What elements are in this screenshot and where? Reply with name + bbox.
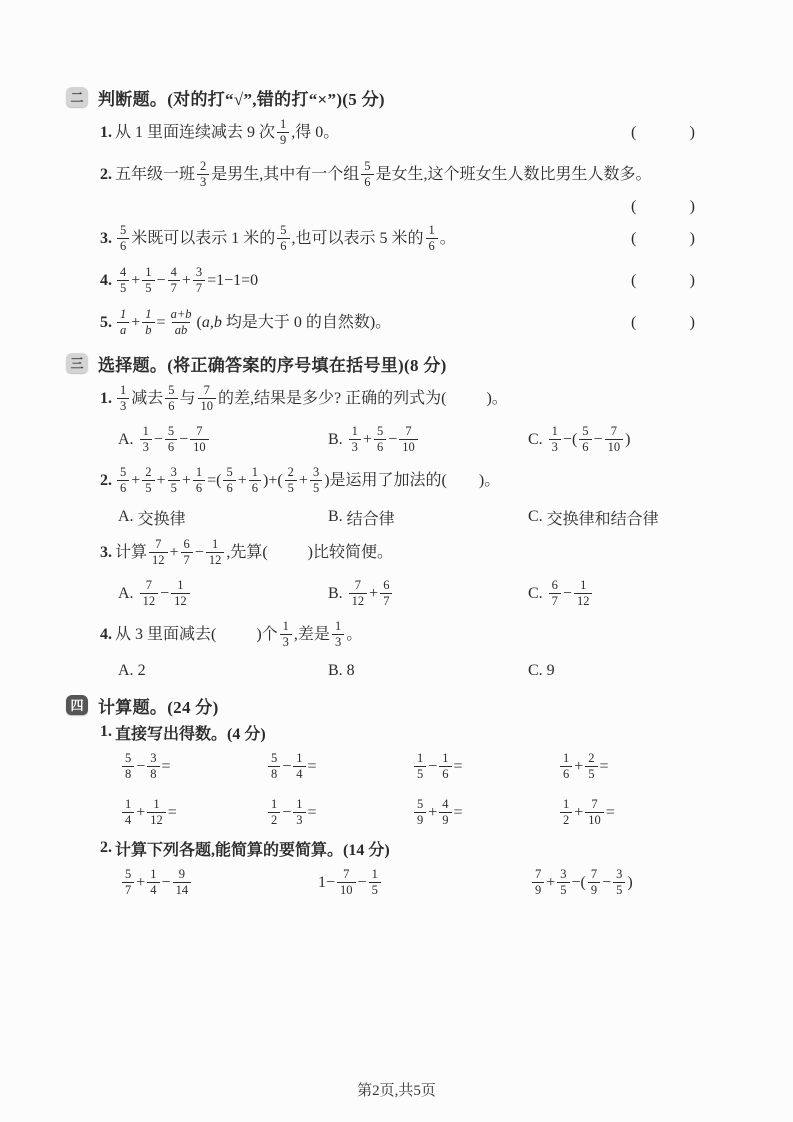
- option-label: A.: [118, 662, 134, 680]
- fraction: 712: [149, 537, 168, 568]
- answer-brackets[interactable]: (): [631, 198, 695, 216]
- fraction: 16: [560, 751, 572, 782]
- option-expression: 712+67: [347, 579, 395, 610]
- question-number: 3.: [100, 230, 112, 247]
- option-label: C.: [528, 662, 543, 680]
- fraction: 35: [613, 867, 625, 898]
- choice-question-4-options: A.2 B.8 C.9: [118, 656, 793, 686]
- subsection-title: 计算下列各题,能简算的要简算。(14 分): [115, 837, 390, 860]
- fraction: 13: [293, 797, 305, 828]
- option-text: 9: [547, 662, 555, 680]
- fraction: 712: [349, 578, 368, 609]
- section-two-badge-icon: 二: [66, 87, 88, 107]
- fraction: 15: [142, 265, 154, 296]
- section-three-badge-icon: 三: [66, 353, 88, 373]
- judge-item-2: 2.五年级一班23是男生,其中有一个组56是女生,这个班女生人数比男生人数多。: [100, 154, 695, 196]
- worksheet-page: 二 判断题。(对的打“√”,错的打“×”)(5 分) 1.从 1 里面连续减去 …: [0, 0, 793, 1122]
- fraction: 112: [147, 797, 166, 828]
- fraction: 13: [332, 619, 344, 650]
- fraction: 67: [181, 537, 193, 568]
- fraction: 79: [588, 867, 600, 898]
- fraction: 13: [349, 424, 361, 455]
- fraction: 67: [380, 578, 392, 609]
- option-b[interactable]: B.712+67: [328, 579, 528, 610]
- calc-expression: 79+35−(79−35): [530, 868, 633, 899]
- question-number: 5.: [100, 314, 112, 331]
- fraction: 19: [277, 117, 289, 148]
- section-four-badge-icon: 四: [66, 695, 88, 715]
- choice-question-1-stem: 1.13减去56与710的差,结果是多少? 正确的列式为( )。: [100, 378, 793, 420]
- fraction: 112: [206, 537, 225, 568]
- question-text: 从 1 里面连续减去 9 次19,得 0。: [115, 124, 339, 141]
- option-c[interactable]: C.13−(56−710): [528, 425, 793, 456]
- fraction: 13: [140, 424, 152, 455]
- option-b[interactable]: B.结合律: [328, 506, 528, 529]
- option-a[interactable]: A.交换律: [118, 506, 328, 529]
- question-number: 1.: [100, 390, 112, 408]
- question-number: 2.: [100, 166, 112, 183]
- fraction: 45: [117, 265, 129, 296]
- option-c[interactable]: C.9: [528, 662, 793, 680]
- section-choice: 三 选择题。(将正确答案的序号填在括号里)(8 分) 1.13减去56与710的…: [0, 350, 793, 686]
- calc-expression: 14+112=: [120, 798, 266, 829]
- paren-close: ): [690, 230, 695, 248]
- fraction: 56: [361, 159, 373, 190]
- question-text: 56+25+35+16=(56+16)+(25+35)是运用了加法的( )。: [115, 466, 500, 497]
- fraction: 1b: [142, 307, 154, 338]
- judge-item-3: 3.56米既可以表示 1 米的56,也可以表示 5 米的16。 (): [100, 218, 695, 260]
- fraction: 25: [585, 751, 597, 782]
- paren-close: ): [690, 124, 695, 142]
- question-text: 五年级一班23是男生,其中有一个组56是女生,这个班女生人数比男生人数多。: [115, 166, 652, 183]
- option-label: B.: [328, 585, 343, 603]
- option-text: 2: [138, 662, 146, 680]
- option-a[interactable]: A.712−112: [118, 579, 328, 610]
- fraction: 59: [414, 797, 426, 828]
- fraction: 712: [140, 578, 159, 609]
- fraction: 13: [117, 383, 129, 414]
- paren-open: (: [631, 230, 636, 248]
- fraction: 14: [293, 751, 305, 782]
- option-label: A.: [118, 431, 134, 449]
- fraction: 56: [117, 223, 129, 254]
- option-c[interactable]: C.交换律和结合律: [528, 506, 793, 529]
- paren-close: ): [690, 272, 695, 290]
- fraction: 16: [439, 751, 451, 782]
- question-number: 4.: [100, 272, 112, 289]
- calc-expression: 16+25=: [558, 752, 704, 783]
- paren-open: (: [631, 314, 636, 332]
- option-expression: 67−112: [547, 579, 595, 610]
- section-judge: 二 判断题。(对的打“√”,错的打“×”)(5 分) 1.从 1 里面连续减去 …: [0, 84, 793, 344]
- calc-expression: 12−13=: [266, 798, 412, 829]
- calc-expression: 1−710−15: [318, 868, 530, 899]
- fraction: 56: [223, 465, 235, 496]
- judge-item-1: 1.从 1 里面连续减去 9 次19,得 0。 (): [100, 112, 695, 154]
- page-number: 第2页,共5页: [357, 1083, 436, 1099]
- calc-expression: 58−38=: [120, 752, 266, 783]
- choice-question-4-stem: 4.从 3 里面减去( )个13,差是13。: [100, 614, 793, 656]
- question-text: 45+15−47+37=1−1=0: [115, 272, 258, 289]
- fraction: 13: [280, 619, 292, 650]
- question-number: 3.: [100, 544, 112, 562]
- fraction: 1a: [117, 307, 129, 338]
- option-expression: 13−(56−710): [547, 425, 631, 456]
- calc-sub1-label: 1.直接写出得数。(4 分): [100, 720, 793, 744]
- fraction: 57: [122, 867, 134, 898]
- option-label: B.: [328, 431, 343, 449]
- question-text: 13减去56与710的差,结果是多少? 正确的列式为( )。: [115, 384, 508, 415]
- fraction: 16: [426, 223, 438, 254]
- simplify-expressions-row: 57+14−914 1−710−15 79+35−(79−35): [120, 860, 793, 906]
- fraction: 710: [585, 797, 604, 828]
- paren-open: (: [631, 272, 636, 290]
- fraction: 49: [439, 797, 451, 828]
- judge-item-4: 4.45+15−47+37=1−1=0 (): [100, 260, 695, 302]
- calc-sub2-label: 2.计算下列各题,能简算的要简算。(14 分): [100, 836, 793, 860]
- choice-question-2-stem: 2.56+25+35+16=(56+16)+(25+35)是运用了加法的( )。: [100, 460, 793, 502]
- calc-section-title: 计算题。(24 分): [98, 693, 219, 718]
- option-expression: 712−112: [138, 579, 192, 610]
- option-label: A.: [118, 585, 134, 603]
- option-label: C.: [528, 585, 543, 603]
- fraction: 13: [549, 424, 561, 455]
- answer-brackets[interactable]: (): [631, 272, 695, 290]
- section-calc: 四 计算题。(24 分) 1.直接写出得数。(4 分) 58−38= 58−14…: [0, 692, 793, 906]
- question-number: 2.: [100, 472, 112, 490]
- subsection-number: 1.: [100, 723, 112, 741]
- fraction: 14: [147, 867, 159, 898]
- question-number: 1.: [100, 124, 112, 141]
- fraction: a+bab: [168, 307, 195, 338]
- fraction: 16: [249, 465, 261, 496]
- fraction: 112: [574, 578, 593, 609]
- option-c[interactable]: C.67−112: [528, 579, 793, 610]
- fraction: 56: [117, 465, 129, 496]
- fraction: 710: [337, 867, 356, 898]
- fraction: 56: [579, 424, 591, 455]
- option-b[interactable]: B.8: [328, 662, 528, 680]
- fraction: 12: [560, 797, 572, 828]
- fraction: 23: [197, 159, 209, 190]
- choice-question-3-stem: 3.计算712+67−112,先算( )比较简便。: [100, 532, 793, 574]
- option-label: C.: [528, 431, 543, 449]
- question-text: 计算712+67−112,先算( )比较简便。: [115, 538, 393, 569]
- option-text: 交换律: [138, 506, 186, 529]
- calc-expression: 15−16=: [412, 752, 558, 783]
- fraction: 35: [557, 867, 569, 898]
- question-text: 1a+1b=a+bab(a,b 均是大于 0 的自然数)。: [115, 314, 391, 331]
- mental-math-row-2: 14+112= 12−13= 59+49= 12+710=: [120, 790, 793, 836]
- subsection-number: 2.: [100, 839, 112, 857]
- fraction: 47: [168, 265, 180, 296]
- judge-item-2-brackets-row: (): [100, 196, 695, 218]
- fraction: 56: [165, 383, 177, 414]
- fraction: 14: [122, 797, 134, 828]
- judge-section-header: 二 判断题。(对的打“√”,错的打“×”)(5 分): [66, 84, 793, 110]
- choice-section-header: 三 选择题。(将正确答案的序号填在括号里)(8 分): [66, 350, 793, 376]
- option-expression: 13−56−710: [138, 425, 211, 456]
- fraction: 58: [268, 751, 280, 782]
- fraction: 12: [268, 797, 280, 828]
- fraction: 38: [147, 751, 159, 782]
- fraction: 16: [193, 465, 205, 496]
- fraction: 37: [193, 265, 205, 296]
- option-label: B.: [328, 508, 343, 526]
- judge-section-title: 判断题。(对的打“√”,错的打“×”)(5 分): [98, 85, 385, 110]
- paren-open: (: [631, 124, 636, 142]
- fraction: 56: [277, 223, 289, 254]
- calc-expression: 12+710=: [558, 798, 704, 829]
- paren-close: ): [690, 314, 695, 332]
- fraction: 710: [190, 424, 209, 455]
- fraction: 25: [285, 465, 297, 496]
- option-label: A.: [118, 508, 134, 526]
- fraction: 710: [198, 383, 217, 414]
- option-expression: 13+56−710: [347, 425, 420, 456]
- fraction: 35: [310, 465, 322, 496]
- answer-brackets[interactable]: (): [631, 124, 695, 142]
- fraction: 56: [374, 424, 386, 455]
- page-footer: 第2页,共5页: [0, 1079, 793, 1100]
- mental-math-row-1: 58−38= 58−14= 15−16= 16+25=: [120, 744, 793, 790]
- question-text: 从 3 里面减去( )个13,差是13。: [115, 620, 362, 651]
- option-text: 8: [347, 662, 355, 680]
- fraction: 79: [532, 867, 544, 898]
- calc-expression: 58−14=: [266, 752, 412, 783]
- fraction: 112: [171, 578, 190, 609]
- choice-question-3-options: A.712−112 B.712+67 C.67−112: [118, 574, 793, 614]
- fraction: 710: [399, 424, 418, 455]
- fraction: 15: [414, 751, 426, 782]
- option-b[interactable]: B.13+56−710: [328, 425, 528, 456]
- option-label: B.: [328, 662, 343, 680]
- fraction: 67: [549, 578, 561, 609]
- question-text: 56米既可以表示 1 米的56,也可以表示 5 米的16。: [115, 230, 456, 247]
- paren-close: ): [690, 198, 695, 216]
- answer-brackets[interactable]: (): [631, 314, 695, 332]
- paren-open: (: [631, 198, 636, 216]
- subsection-title: 直接写出得数。(4 分): [115, 721, 266, 744]
- option-label: C.: [528, 508, 543, 526]
- calc-expression: 59+49=: [412, 798, 558, 829]
- option-text: 交换律和结合律: [547, 506, 659, 529]
- choice-question-1-options: A.13−56−710 B.13+56−710 C.13−(56−710): [118, 420, 793, 460]
- fraction: 25: [142, 465, 154, 496]
- fraction: 15: [369, 867, 381, 898]
- choice-section-title: 选择题。(将正确答案的序号填在括号里)(8 分): [98, 351, 447, 376]
- fraction: 56: [165, 424, 177, 455]
- answer-brackets[interactable]: (): [631, 230, 695, 248]
- option-a[interactable]: A.2: [118, 662, 328, 680]
- choice-question-2-options: A.交换律 B.结合律 C.交换律和结合律: [118, 502, 793, 532]
- fraction: 35: [168, 465, 180, 496]
- option-a[interactable]: A.13−56−710: [118, 425, 328, 456]
- fraction: 914: [173, 867, 192, 898]
- fraction: 58: [122, 751, 134, 782]
- judge-item-5: 5.1a+1b=a+bab(a,b 均是大于 0 的自然数)。 (): [100, 302, 695, 344]
- question-number: 4.: [100, 626, 112, 644]
- option-text: 结合律: [347, 506, 395, 529]
- calc-expression: 57+14−914: [120, 868, 318, 899]
- fraction: 710: [605, 424, 624, 455]
- calc-section-header: 四 计算题。(24 分): [66, 692, 793, 718]
